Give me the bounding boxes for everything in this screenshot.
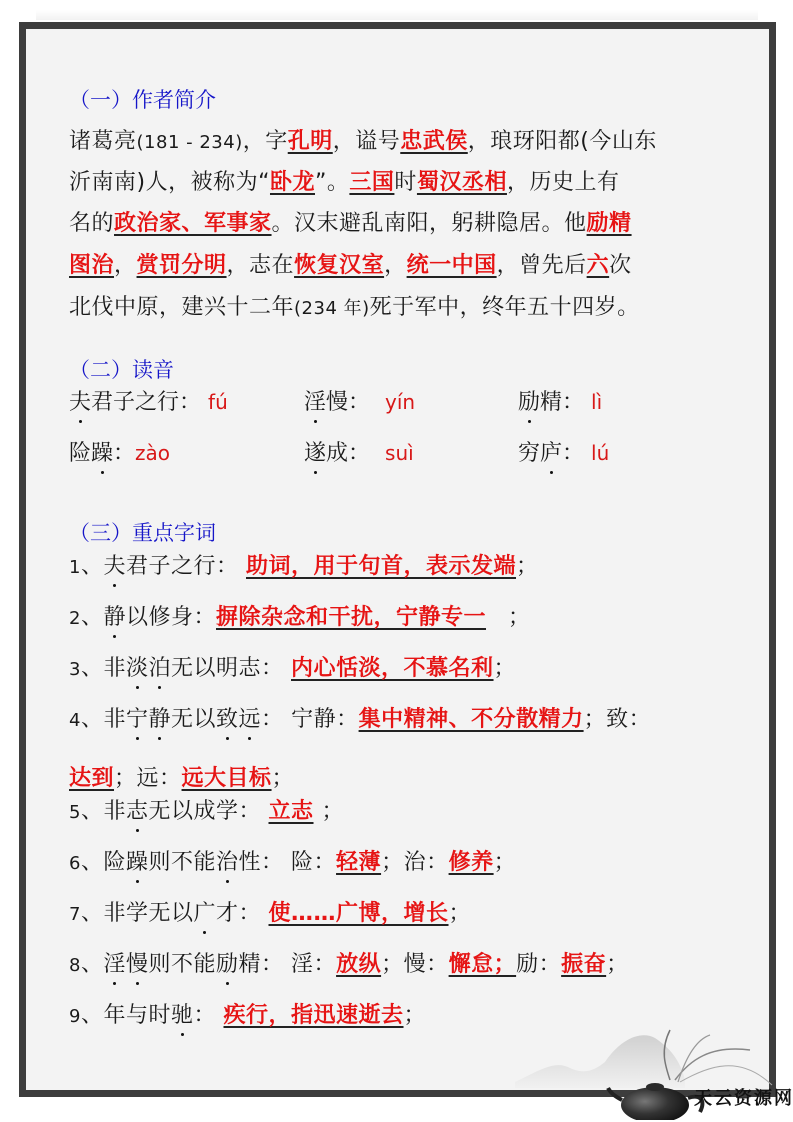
keyword: 三国: [349, 170, 394, 195]
keyword: 卧龙: [270, 170, 315, 195]
pinyin: fú: [208, 390, 228, 414]
bio-line-1: 诸葛亮(181 - 234)，字孔明，谥号忠武侯，琅玡阳都(今山东: [69, 124, 657, 155]
top-shadow-strip: [36, 10, 758, 20]
keyword: 赏罚分明: [137, 253, 227, 278]
pronunciation-item: 险躁：zào: [69, 436, 170, 467]
keyword-item-1: 1、夫君子之行： 助词，用于句首，表示发端；: [69, 549, 539, 580]
pinyin: suì: [385, 441, 414, 465]
keyword: 蜀汉丞相: [417, 170, 507, 195]
answer: 摒除杂念和干扰，宁静专一: [216, 605, 486, 630]
answer: 放纵: [336, 952, 381, 977]
keyword-item-9: 9、年与时驰： 疾行，指迅速逝去；: [69, 998, 426, 1029]
pinyin: lú: [591, 441, 609, 465]
emphasis-dot-char: 庐: [540, 436, 562, 467]
answer: 疾行，指迅速逝去: [224, 1003, 404, 1028]
pinyin: lì: [591, 390, 602, 414]
pronunciation-item: 淫慢： yín: [304, 385, 415, 416]
keyword: 忠武侯: [400, 129, 468, 154]
keyword-item-4-cont: 达到；远：远大目标；: [69, 761, 294, 792]
pinyin: zào: [135, 441, 170, 465]
pronunciation-item: 夫君子之行： fú: [69, 385, 228, 416]
keyword-item-2: 2、静以修身：摒除杂念和干扰，宁静专一；: [69, 600, 531, 631]
keyword: 孔明: [288, 129, 333, 154]
pinyin: yín: [385, 390, 415, 414]
keyword-item-8: 8、淫慢则不能励精： 淫：放纵；慢：懈怠；励：振奋；: [69, 947, 629, 978]
keyword: 政治家、军事家: [114, 211, 272, 236]
emphasis-dot-char: 夫: [69, 385, 91, 416]
pronunciation-item: 励精： lì: [518, 385, 602, 416]
answer: 远大目标: [182, 766, 272, 791]
keyword-item-7: 7、非学无以广才： 使……广博，增长；: [69, 896, 471, 927]
keyword-item-6: 6、险躁则不能治性： 险：轻薄；治：修养；: [69, 845, 516, 876]
section-heading-key-words: （三）重点字词: [69, 517, 216, 547]
keyword: 图治: [69, 253, 114, 278]
answer: 助词，用于句首，表示发端: [246, 554, 516, 579]
bio-line-3: 名的政治家、军事家。汉末避乱南阳，躬耕隐居。他励精: [69, 206, 632, 237]
answer: 内心恬淡，不慕名利: [291, 656, 494, 681]
section-heading-pronunciation: （二）读音: [69, 354, 174, 384]
section-heading-author: （一）作者简介: [69, 84, 216, 114]
keyword: 励精: [587, 211, 632, 236]
answer: 振奋: [561, 952, 606, 977]
answer: 使……广博，增长: [269, 901, 449, 926]
answer: 轻薄: [336, 850, 381, 875]
emphasis-dot-char: 淫: [304, 385, 326, 416]
keyword-item-4: 4、非宁静无以致远： 宁静：集中精神、不分散精力；致：: [69, 702, 651, 733]
keyword-item-3: 3、非淡泊无以明志： 内心恬淡，不慕名利；: [69, 651, 516, 682]
keyword: 恢复汉室: [294, 253, 384, 278]
answer: 达到: [69, 766, 114, 791]
bio-line-5: 北伐中原，建兴十二年(234 年)死于军中，终年五十四岁。: [69, 290, 640, 321]
watermark-brand: 天云资源网: [694, 1084, 793, 1110]
answer: 立志: [269, 799, 314, 824]
answer: 修养: [449, 850, 494, 875]
emphasis-dot-char: 躁: [91, 436, 113, 467]
keyword-item-5: 5、非志无以成学： 立志；: [69, 794, 344, 825]
keyword: 统一中国: [407, 253, 497, 278]
pronunciation-item: 遂成： suì: [304, 436, 414, 467]
bio-line-2: 沂南南)人，被称为“卧龙”。三国时蜀汉丞相，历史上有: [69, 165, 619, 196]
bio-line-4: 图治，赏罚分明，志在恢复汉室，统一中国，曾先后六次: [69, 248, 632, 279]
keyword: 六: [587, 253, 610, 278]
answer: 懈怠；: [449, 952, 517, 977]
pronunciation-item: 穷庐： lú: [518, 436, 609, 467]
emphasis-dot-char: 遂: [304, 436, 326, 467]
answer: 集中精神、不分散精力: [359, 707, 584, 732]
emphasis-dot-char: 励: [518, 385, 540, 416]
